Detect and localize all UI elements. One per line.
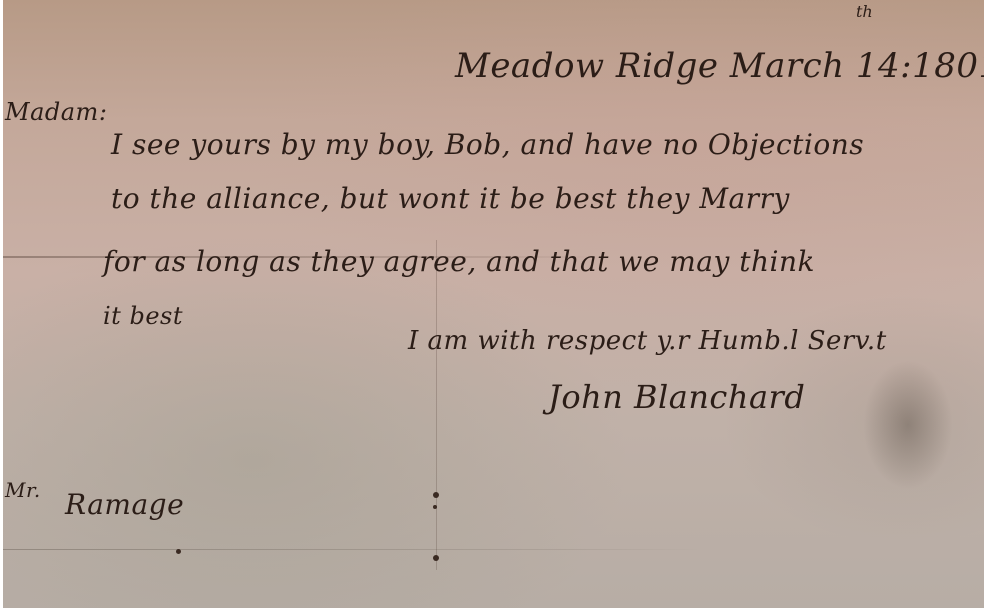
fold-line-lower [3,549,703,550]
dateline: Meadow Ridge March 14:1801 [455,46,984,86]
dateline-date: March 14 [730,46,900,86]
ink-dot [433,505,437,509]
ink-dot [433,555,439,561]
dateline-place: Meadow Ridge [455,46,718,86]
body-line-2: to the alliance, but wont it be best the… [111,182,790,215]
ink-dot [176,549,181,554]
bleed-through-text [233,352,256,377]
dateline-ordinal: th [856,2,873,21]
body-line-1: I see yours by my boy, Bob, and have no … [111,128,864,161]
address-name: Ramage [65,488,184,521]
signature: John Blanchard [548,378,805,416]
closing: I am with respect y.r Humb.l Serv.t [408,326,887,356]
body-line-3: for as long as they agree, and that we m… [103,245,815,278]
ink-stain [863,360,953,490]
salutation: Madam: [5,98,107,126]
fold-line-vertical [436,240,437,570]
letter-paper: Meadow Ridge March 14:1801 th Madam: I s… [3,0,984,608]
dateline-year: 1801 [912,46,984,86]
ink-dot [433,492,439,498]
dateline-separator: : [900,46,912,86]
body-line-4: it best [103,302,183,330]
address-prefix: Mr. [5,478,41,502]
